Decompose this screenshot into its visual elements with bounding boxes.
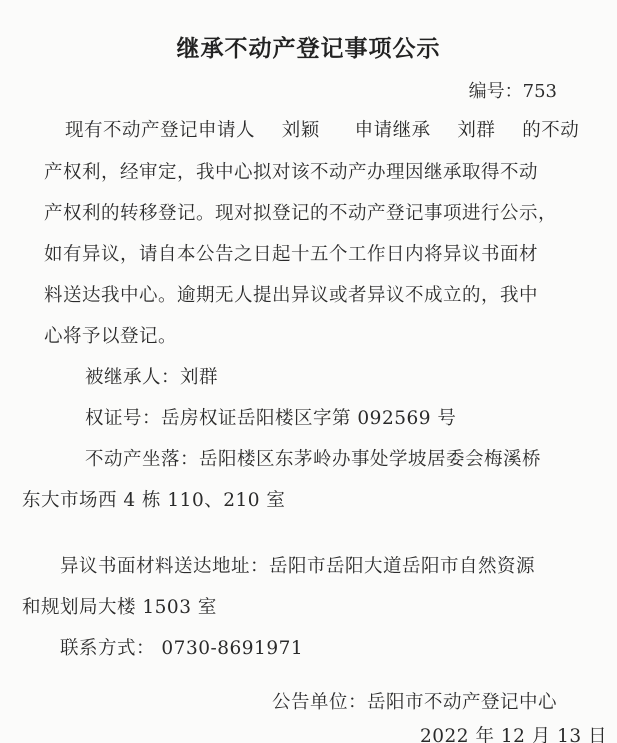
body-line-1: 现有不动产登记申请人 刘颖 申请继承 刘群 的不动 — [65, 116, 579, 142]
body-line-2: 产权利，经审定，我中心拟对该不动产办理因继承取得不动 — [44, 158, 538, 184]
objection-address-row: 异议书面材料送达地址：岳阳市岳阳大道岳阳市自然资源 — [60, 552, 535, 578]
objection-address-label: 异议书面材料送达地址： — [60, 556, 269, 577]
body-line-4: 如有异议，请自本公告之日起十五个工作日内将异议书面材 — [44, 240, 538, 266]
location-row: 不动产坐落：岳阳楼区东茅岭办事处学坡居委会梅溪桥 — [85, 445, 541, 471]
decedent-row: 被继承人：刘群 — [85, 363, 218, 389]
objection-address-cont: 和规划局大楼 1503 室 — [22, 593, 217, 619]
body-line-3: 产权利的转移登记。现对拟登记的不动产登记事项进行公示， — [44, 199, 557, 225]
decedent-name-inline: 刘群 — [457, 120, 495, 141]
body-middle: 申请继承 — [355, 120, 431, 141]
applicant-name: 刘颖 — [282, 120, 320, 141]
issuer-label: 公告单位： — [272, 692, 367, 713]
location-label: 不动产坐落： — [85, 449, 199, 470]
document-title: 继承不动产登记事项公示 — [0, 30, 617, 63]
contact-label: 联系方式： — [60, 638, 155, 659]
certificate-label: 权证号： — [85, 408, 161, 429]
contact-value: 0730-8691971 — [161, 638, 303, 659]
decedent-value: 刘群 — [180, 367, 218, 388]
certificate-row: 权证号：岳房权证岳阳楼区字第 092569 号 — [85, 404, 456, 430]
notice-document: 继承不动产登记事项公示 编号：753 现有不动产登记申请人 刘颖 申请继承 刘群… — [0, 0, 617, 743]
issue-date: 2022 年 12 月 13 日 — [420, 722, 607, 743]
body-line-5: 料送达我中心。逾期无人提出异议或者异议不成立的，我中 — [44, 281, 538, 307]
location-row-cont: 东大市场西 4 栋 110、210 室 — [22, 486, 285, 512]
issuer-row: 公告单位：岳阳市不动产登记中心 — [272, 688, 557, 714]
decedent-label: 被继承人： — [85, 367, 180, 388]
body-line-6: 心将予以登记。 — [44, 322, 177, 348]
serial-value: 753 — [523, 81, 557, 102]
objection-address-1: 岳阳市岳阳大道岳阳市自然资源 — [269, 556, 535, 577]
serial-label: 编号： — [469, 81, 523, 102]
body-suffix: 的不动 — [522, 120, 579, 141]
certificate-value: 岳房权证岳阳楼区字第 092569 号 — [161, 408, 456, 429]
body-prefix: 现有不动产登记申请人 — [65, 120, 255, 141]
serial-number: 编号：753 — [469, 77, 557, 103]
contact-row: 联系方式： 0730-8691971 — [60, 634, 303, 660]
issuer-name: 岳阳市不动产登记中心 — [367, 692, 557, 713]
location-value-1: 岳阳楼区东茅岭办事处学坡居委会梅溪桥 — [199, 449, 541, 470]
